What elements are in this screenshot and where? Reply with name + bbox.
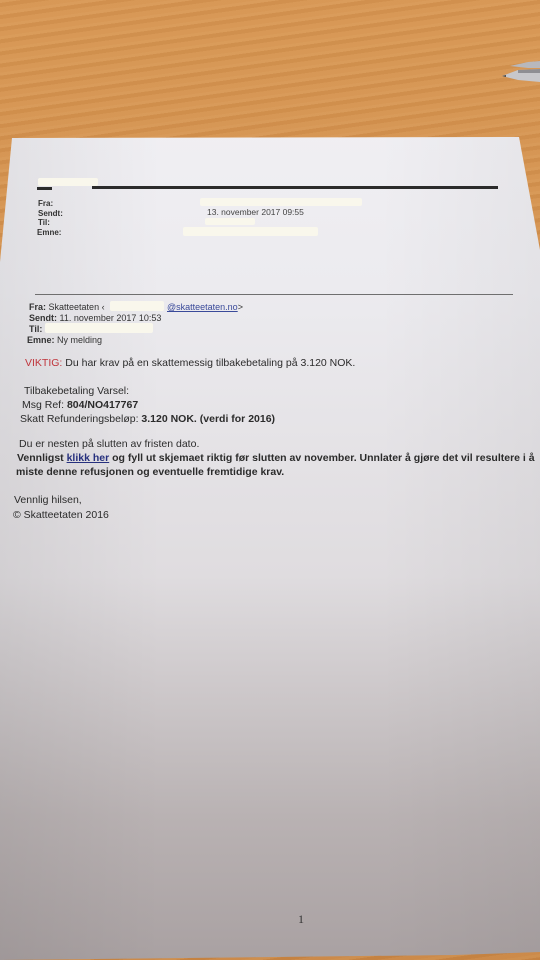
inner-from-email: @skatteetaten.no> [167,302,243,312]
outer-to-label: Til: [38,218,50,227]
call-to-action-line2: miste denne refusjonen og eventuelle fre… [16,466,284,478]
inner-sent-label: Sendt: [29,313,57,323]
inner-sent-value: 11. november 2017 10:53 [60,313,162,323]
sender-email-link[interactable]: @skatteetaten.no [167,302,238,312]
refund-value: 3.120 NOK. (verdi for 2016) [141,413,275,425]
outer-sent-value: 13. november 2017 09:55 [207,207,304,217]
redacted-recipient [45,323,153,333]
page-number: 1 [298,912,304,927]
redacted-outer-from [200,198,362,206]
cta-prefix: Vennligst [17,452,67,464]
inner-subject-value: Ny melding [57,335,102,345]
redacted-email-user [110,301,164,311]
greeting: Vennlig hilsen, [14,494,82,506]
msg-ref-line: Msg Ref: 804/NO417767 [22,399,138,411]
inner-subject-line: Emne: Ny melding [27,335,102,345]
msg-ref-value: 804/NO417767 [67,399,138,411]
printed-email: Fra: Sendt: Til: Emne: 13. november 2017… [0,0,540,960]
important-text: Du har krav på en skattemessig tilbakebe… [62,357,355,369]
refund-label: Skatt Refunderingsbeløp: [20,413,141,425]
signature: © Skatteetaten 2016 [13,509,109,521]
click-here-link[interactable]: klikk her [67,452,110,464]
deadline-text: Du er nesten på slutten av fristen dato. [19,438,199,450]
inner-from-name: Skatteetaten ‹ [49,302,105,312]
outer-subject-label: Emne: [37,228,61,237]
redacted-outer-to [205,218,255,225]
inner-to-line: Til: [29,324,42,334]
refund-amount-line: Skatt Refunderingsbeløp: 3.120 NOK. (ver… [20,413,275,425]
email-closing-bracket: > [238,302,243,312]
notice-title: Tilbakebetaling Varsel: [24,385,129,397]
outer-sent-label: Sendt: [38,209,63,218]
cta-suffix: og fyll ut skjemaet riktig før slutten a… [109,452,534,464]
redacted-outer-subject [183,227,318,236]
important-label: VIKTIG: [25,357,62,369]
inner-from-label: Fra: [29,302,46,312]
redacted-sender-name [38,178,98,186]
inner-from-line: Fra: Skatteetaten ‹ [29,302,105,312]
call-to-action-line1: Vennligst klikk her og fyll ut skjemaet … [17,452,535,464]
header-rule [92,186,498,189]
outer-from-label: Fra: [38,199,53,208]
inner-sent-line: Sendt: 11. november 2017 10:53 [29,313,161,323]
important-notice: VIKTIG: Du har krav på en skattemessig t… [25,357,355,369]
msg-ref-label: Msg Ref: [22,399,67,411]
header-rule-short [37,187,52,190]
inner-subject-label: Emne: [27,335,55,345]
separator-rule [35,294,513,295]
inner-to-label: Til: [29,324,42,334]
